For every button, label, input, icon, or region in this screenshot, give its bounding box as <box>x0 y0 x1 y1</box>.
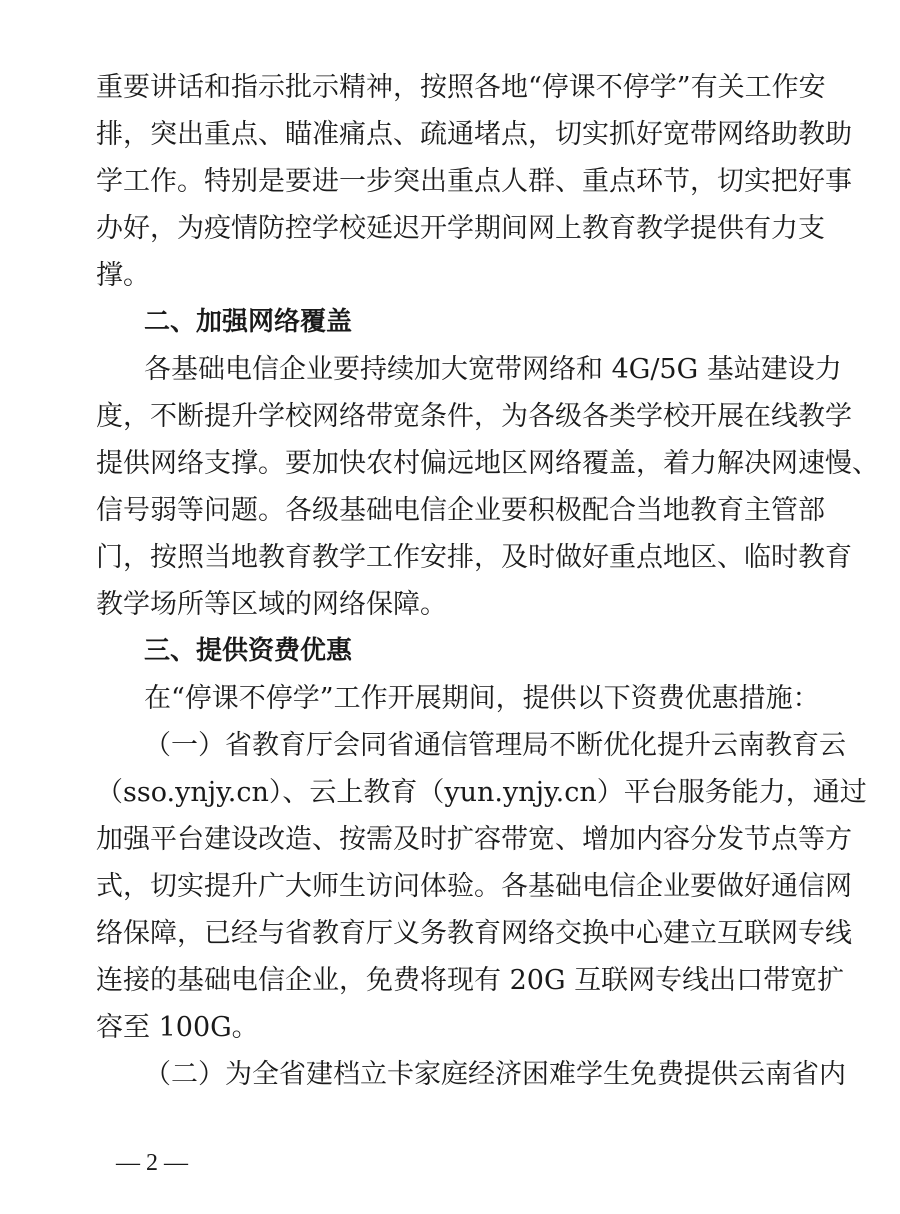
paragraph-line: 络保障，已经与省教育厅义务教育网络交换中心建立互联网专线 <box>96 910 824 957</box>
page-number: — 2 — <box>116 1148 188 1178</box>
paragraph-line: 容至 100G。 <box>96 1004 824 1051</box>
paragraph-line: 门，按照当地教育教学工作安排，及时做好重点地区、临时教育 <box>96 534 824 581</box>
section-heading: 二、加强网络覆盖 <box>96 299 824 346</box>
section-heading: 三、提供资费优惠 <box>96 628 824 675</box>
paragraph-line: 学工作。特别是要进一步突出重点人群、重点环节，切实把好事 <box>96 158 824 205</box>
paragraph-line: （二）为全省建档立卡家庭经济困难学生免费提供云南省内 <box>96 1051 824 1098</box>
document-page: 重要讲话和指示批示精神，按照各地“停课不停学”有关工作安排，突出重点、瞄准痛点、… <box>96 64 824 1098</box>
paragraph-line: 撑。 <box>96 252 824 299</box>
paragraph-line: （一）省教育厅会同省通信管理局不断优化提升云南教育云 <box>96 722 824 769</box>
paragraph-line: 信号弱等问题。各级基础电信企业要积极配合当地教育主管部 <box>96 487 824 534</box>
paragraph-line: 提供网络支撑。要加快农村偏远地区网络覆盖，着力解决网速慢、 <box>96 440 824 487</box>
paragraph-line: 教学场所等区域的网络保障。 <box>96 581 824 628</box>
paragraph-line: 排，突出重点、瞄准痛点、疏通堵点，切实抓好宽带网络助教助 <box>96 111 824 158</box>
paragraph-line: 加强平台建设改造、按需及时扩容带宽、增加内容分发节点等方 <box>96 816 824 863</box>
paragraph-line: 式，切实提升广大师生访问体验。各基础电信企业要做好通信网 <box>96 863 824 910</box>
paragraph-line: 连接的基础电信企业，免费将现有 20G 互联网专线出口带宽扩 <box>96 957 824 1004</box>
paragraph-line: 办好，为疫情防控学校延迟开学期间网上教育教学提供有力支 <box>96 205 824 252</box>
paragraph-line: （sso.ynjy.cn）、云上教育（yun.ynjy.cn）平台服务能力，通过 <box>96 769 824 816</box>
paragraph-line: 度，不断提升学校网络带宽条件，为各级各类学校开展在线教学 <box>96 393 824 440</box>
paragraph-line: 在“停课不停学”工作开展期间，提供以下资费优惠措施： <box>96 675 824 722</box>
paragraph-line: 重要讲话和指示批示精神，按照各地“停课不停学”有关工作安 <box>96 64 824 111</box>
paragraph-line: 各基础电信企业要持续加大宽带网络和 4G/5G 基站建设力 <box>96 346 824 393</box>
